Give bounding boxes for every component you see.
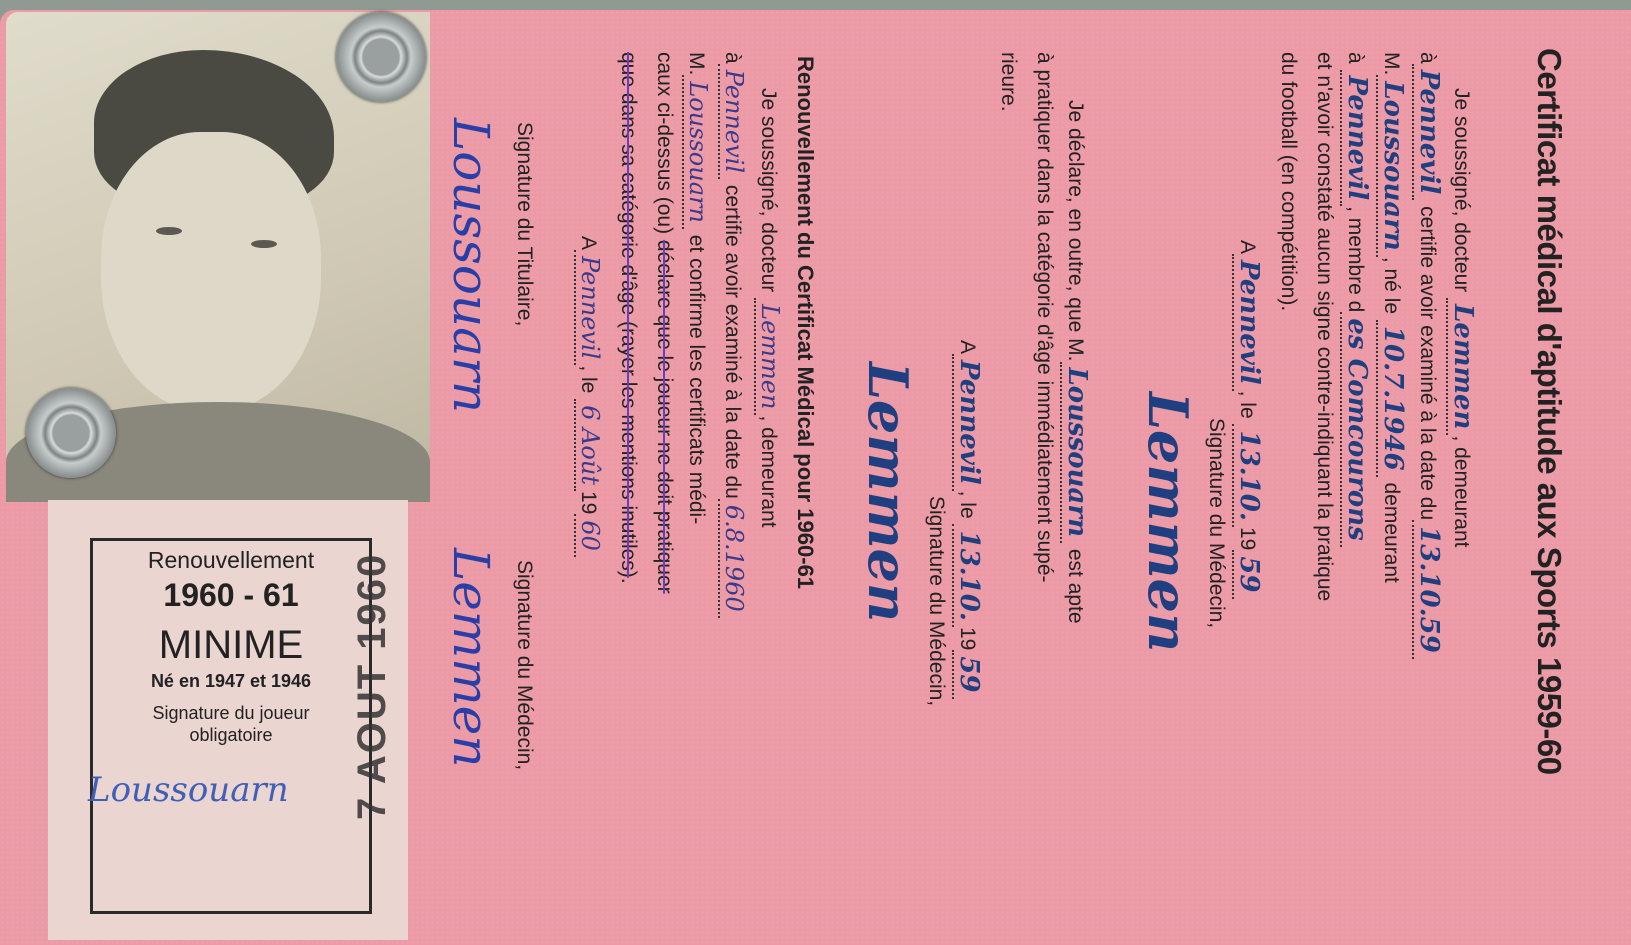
sign-date: 6 Août <box>574 399 604 491</box>
renewal-line-4: caux ci-dessus (ou) déclare que le joueu… <box>652 52 676 594</box>
cert-line-4: à Pennevil, membre des Comcourons <box>1342 52 1372 547</box>
photo-eye <box>251 240 277 248</box>
player-name: Loussouarn <box>1376 75 1408 257</box>
doctor-signature-label: Signature du Médecin, <box>1204 418 1228 628</box>
renewal-place-date: APennevil, le 6 Août1960 <box>576 236 604 557</box>
stamp-renewal-label: Renouvellement <box>93 547 369 574</box>
exam-date: 13.10.59 <box>1412 520 1444 659</box>
perforated-edge <box>430 0 1631 14</box>
doctor-city: Pennevil <box>718 64 748 179</box>
renewal-line-1: Je soussigné, docteur Lemmen, demeurant <box>756 88 784 528</box>
player-name: Loussouarn <box>1060 362 1092 544</box>
player-name: Loussouarn <box>682 75 712 229</box>
player-city: Pennevil <box>1340 70 1372 207</box>
declare-line-3: rieure. <box>996 52 1020 112</box>
declare-place-date: APennevil, le 13.10.1959 <box>954 340 984 699</box>
doctor-signature-label: Signature du Médecin, <box>512 560 536 770</box>
place: Pennevil <box>952 354 984 491</box>
doctor-name: Lemmen <box>1446 298 1478 435</box>
renewal-line-5: que dans sa catégorie d'âge (rayer les m… <box>616 52 640 584</box>
doctor-signature: Lemmen <box>442 548 500 767</box>
doctor-signature: Lemmen <box>1136 392 1200 652</box>
doctor-signature-label: Signature du Médecin, <box>924 496 948 706</box>
stamp-category: MINIME <box>93 623 369 668</box>
rivet-icon <box>336 12 426 102</box>
player-signature: Loussouarn <box>88 770 289 810</box>
cert-line-3: M.Loussouarn, né le 10.7.1946 demeurant <box>1378 52 1408 583</box>
renewal-line-2: àPennevil certifie avoir examiné à la da… <box>720 52 748 618</box>
renewal-stamp: Renouvellement 1960 - 61 MINIME Né en 19… <box>90 538 372 914</box>
cert-place-date: APennevil, le 13.10.1959 <box>1234 240 1264 599</box>
doctor-city: Pennevil <box>1412 64 1444 201</box>
document-title: Certificat médical d'aptitude aux Sports… <box>1530 48 1568 775</box>
club-name: es Comcourons <box>1340 312 1372 546</box>
renewal-line-3: M.Loussouarn et confirme les certificats… <box>684 52 712 524</box>
place: Pennevil <box>1232 254 1264 391</box>
cert-line-6: du football (en compétition). <box>1276 52 1300 311</box>
rivet-icon <box>26 388 116 478</box>
birth-date: 10.7.1946 <box>1376 320 1408 477</box>
stamp-signature-required: obligatoire <box>93 725 369 746</box>
sign-date: 13.10. <box>952 524 984 626</box>
declare-line-2: à pratiquer dans la catégorie d'âge immé… <box>1032 52 1056 583</box>
declare-line-1: Je déclare, en outre, que M.Loussouarn e… <box>1062 100 1092 624</box>
cert-line-2: àPennevil certifie avoir examiné à la da… <box>1414 52 1444 659</box>
cert-line-5: et n'avoir constaté aucun signe contre-i… <box>1312 52 1336 601</box>
cert-line-1: Je soussigné, docteur Lemmen, demeurant <box>1448 88 1478 548</box>
struck-text: déclare que le joueur ne doit pratiquer <box>653 240 676 594</box>
struck-text: que dans sa catégorie d'âge (rayer les m… <box>617 52 640 578</box>
stamp-signature-label: Signature du joueur <box>93 703 369 724</box>
date-postmark: 7 AOUT 1960 <box>350 553 395 820</box>
titular-signature: Loussouarn <box>442 118 500 413</box>
renewal-heading: Renouvellement du Certificat Médical pou… <box>792 56 818 589</box>
titular-signature-label: Signature du Titulaire, <box>512 122 536 326</box>
photo-face <box>101 132 321 412</box>
photo-eye <box>156 227 182 235</box>
stamp-birth-years: Né en 1947 et 1946 <box>93 671 369 692</box>
sign-date: 13.10. <box>1232 424 1264 526</box>
doctor-name: Lemmen <box>754 298 784 415</box>
doctor-signature: Lemmen <box>856 362 920 622</box>
stamp-season: 1960 - 61 <box>93 577 369 614</box>
place: Pennevil <box>574 250 604 365</box>
exam-date: 6.8.1960 <box>718 499 748 618</box>
